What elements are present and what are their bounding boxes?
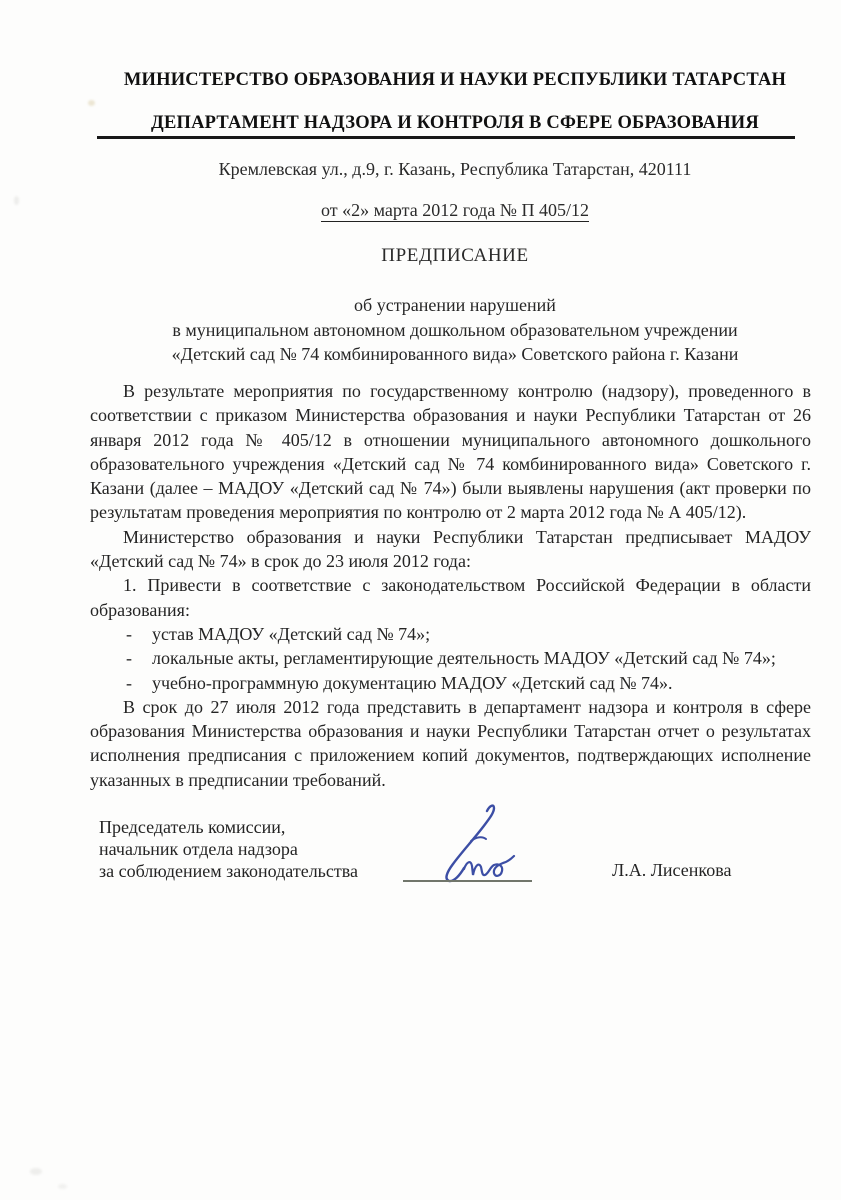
list-item-text: учебно-программную документацию МАДОУ «Д… — [152, 673, 673, 693]
signatory-title-line-2: начальник отдела надзора — [99, 839, 358, 861]
signature-scribble — [418, 799, 538, 887]
signature-line — [403, 880, 532, 882]
signature-stroke-tail — [464, 856, 514, 876]
signature-stroke-main — [446, 806, 494, 881]
paragraph-prescription: Министерство образования и науки Республ… — [90, 525, 811, 574]
scan-speck — [30, 1168, 42, 1175]
list-item-local-acts: -локальные акты, регламентирующие деятел… — [90, 646, 811, 670]
date-number-text: от «2» марта 2012 года № П 405/12 — [321, 200, 589, 222]
signatory-title-line-3: за соблюдением законодательства — [99, 861, 358, 883]
list-dash: - — [126, 646, 132, 670]
subtitle-line-1: об устранении нарушений — [90, 293, 820, 318]
list-dash: - — [126, 671, 132, 695]
ministry-name: МИНИСТЕРСТВО ОБРАЗОВАНИЯ И НАУКИ РЕСПУБЛ… — [90, 70, 820, 90]
header-divider — [97, 136, 795, 139]
subtitle-line-2: в муниципальном автономном дошкольном об… — [90, 318, 820, 343]
list-item-text: локальные акты, регламентирующие деятель… — [152, 648, 776, 668]
document-title: ПРЕДПИСАНИЕ — [90, 245, 820, 267]
scan-speck — [14, 196, 19, 205]
signatory-title-block: Председатель комиссии, начальник отдела … — [99, 817, 358, 882]
scan-speck — [58, 1184, 67, 1189]
date-number-line: от «2» марта 2012 года № П 405/12 — [90, 200, 820, 221]
subtitle-line-3: «Детский сад № 74 комбинированного вида»… — [90, 342, 820, 367]
paragraph-inspection-result: В результате мероприятия по государствен… — [90, 379, 811, 525]
paragraph-report-deadline: В срок до 27 июля 2012 года представить … — [90, 695, 811, 792]
signatory-title-line-1: Председатель комиссии, — [99, 817, 358, 839]
document-subtitle: об устранении нарушений в муниципальном … — [90, 293, 820, 367]
scan-speck — [88, 100, 95, 106]
department-name: ДЕПАРТАМЕНТ НАДЗОРА И КОНТРОЛЯ В СФЕРЕ О… — [90, 113, 820, 133]
signatory-name: Л.А. Лисенкова — [612, 860, 731, 881]
paragraph-requirement-1: 1. Привести в соответствие с законодател… — [90, 573, 811, 622]
list-item-curriculum-docs: -учебно-программную документацию МАДОУ «… — [90, 671, 811, 695]
address-line: Кремлевская ул., д.9, г. Казань, Республ… — [90, 159, 820, 180]
document-body: В результате мероприятия по государствен… — [90, 379, 811, 792]
list-item-charter: -устав МАДОУ «Детский сад № 74»; — [90, 622, 811, 646]
list-dash: - — [126, 622, 132, 646]
scanned-document-page: МИНИСТЕРСТВО ОБРАЗОВАНИЯ И НАУКИ РЕСПУБЛ… — [0, 0, 841, 1200]
list-item-text: устав МАДОУ «Детский сад № 74»; — [152, 624, 430, 644]
